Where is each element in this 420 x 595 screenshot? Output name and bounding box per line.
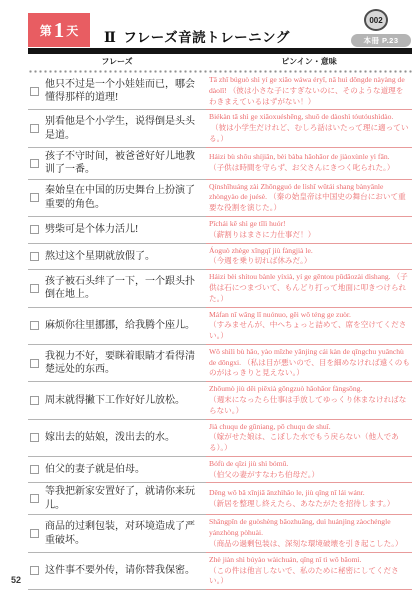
phrase-row: 这件事不要外传，请你替我保密。 Zhè jiàn shì búyào wàich… (28, 553, 412, 590)
day-suffix: 天 (66, 22, 78, 39)
checkbox[interactable] (30, 433, 39, 442)
phrase-text: 秦始皇在中国的历史舞台上扮演了重要的角色。 (45, 184, 203, 211)
phrase-row: 等我把新家安置好了，就请你来玩儿。 Děng wǒ bǎ xīnjiā ānzh… (28, 483, 412, 515)
day-prefix: 第 (40, 22, 52, 39)
pinyin-meaning-block: Pǐchái kě shì ge tǐlì huór!（薪割りはまさに力仕事だ！… (209, 219, 410, 241)
checkbox[interactable] (30, 252, 39, 261)
checkbox[interactable] (30, 225, 39, 234)
phrase-cell: 熬过这个星期就放假了。 (28, 244, 206, 271)
meaning-text: （彼は小さな子にすぎないのに、そのような道理をわきまえているはずがない！） (209, 86, 403, 106)
workbook-page: 第 1 天 Ⅱフレーズ音読トレーニング 002 本冊 P.23 フレーズ ピンイ… (0, 0, 420, 595)
checkbox[interactable] (30, 359, 39, 368)
phrase-cell: 伯父的妻子就是伯母。 (28, 457, 206, 484)
pinyin-meaning-cell: Jià chuqu de gūniang, pō chuqu de shuǐ.（… (206, 420, 412, 457)
phrase-text: 等我把新家安置好了，就请你来玩儿。 (45, 485, 203, 512)
phrase-cell: 孩子被石头绊了一下，一个跟头扑倒在地上。 (28, 270, 206, 307)
phrase-cell: 我视力不好，要眯着眼睛才看得清楚远处的东西。 (28, 345, 206, 382)
phrase-text: 麻烦你往里挪挪，给我腾个座儿。 (45, 319, 195, 333)
phrase-text: 熬过这个星期就放假了。 (45, 250, 155, 264)
pinyin-text: Máfan nǐ wǎng lǐ nuónuo, gěi wǒ téng ge … (209, 310, 351, 319)
section-title: Ⅱフレーズ音読トレーニング (104, 26, 290, 47)
checkbox[interactable] (30, 529, 39, 538)
phrase-row: 伯父的妻子就是伯母。 Bófù de qīzi jiù shì bómǔ.（伯父… (28, 457, 412, 484)
checkbox[interactable] (30, 494, 39, 503)
pinyin-meaning-cell: Tā zhǐ búguò shì yí ge xiǎo wáwa éryǐ, n… (206, 73, 412, 110)
pinyin-meaning-block: Jià chuqu de gūniang, pō chuqu de shuǐ.（… (209, 422, 410, 454)
phrase-text: 伯父的妻子就是伯母。 (45, 463, 145, 477)
checkbox[interactable] (30, 284, 39, 293)
phrase-cell: 等我把新家安置好了，就请你来玩儿。 (28, 483, 206, 515)
pinyin-meaning-block: Máfan nǐ wǎng lǐ nuónuo, gěi wǒ téng ge … (209, 310, 410, 342)
meaning-text: （子供は時間を守らず、お父さんにきつく叱られた。） (209, 163, 394, 172)
phrase-text: 这件事不要外传，请你替我保密。 (45, 564, 195, 578)
pinyin-meaning-cell: Děng wǒ bǎ xīnjiā ānzhìhǎo le, jiù qǐng … (206, 483, 412, 515)
phrase-row: 周末就得撇下工作好好儿放松。 Zhōumò jiù děi piēxià gōn… (28, 382, 412, 419)
pinyin-meaning-block: Zhōumò jiù děi piēxià gōngzuò hǎohāor fà… (209, 384, 410, 416)
book-reference-badge: 本冊 P.23 (351, 34, 411, 47)
pinyin-text: Háizi bèi shítou bànle yíxià, yí ge gēnt… (209, 272, 391, 281)
meaning-text: （彼は小学生だけれど、むしろ話はいたって理に適っている。） (209, 123, 408, 143)
pinyin-text: Áoguò zhège xīngqī jiù fàngjià le. (209, 246, 313, 255)
pinyin-meaning-cell: Zhè jiàn shì búyào wàichuán, qǐng nǐ tì … (206, 553, 412, 590)
phrase-row: 麻烦你往里挪挪，给我腾个座儿。 Máfan nǐ wǎng lǐ nuónuo,… (28, 308, 412, 345)
checkbox[interactable] (30, 321, 39, 330)
pinyin-meaning-block: Zhè jiàn shì búyào wàichuán, qǐng nǐ tì … (209, 555, 410, 587)
pinyin-meaning-cell: Shāngpǐn de guòshèng bāozhuāng, duì huán… (206, 515, 412, 552)
pinyin-meaning-block: Wǒ shìlì bù hǎo, yào mīzhe yǎnjing cái k… (209, 347, 410, 379)
pinyin-meaning-cell: Zhōumò jiù děi piēxià gōngzuò hǎohāor fà… (206, 382, 412, 419)
pinyin-text: Zhōumò jiù děi piēxià gōngzuò hǎohāor fà… (209, 384, 362, 393)
phrase-row: 孩子不守时间，被爸爸好好儿地教训了一番。 Háizi bù shǒu shíji… (28, 148, 412, 180)
phrase-text: 孩子被石头绊了一下，一个跟头扑倒在地上。 (45, 275, 203, 302)
meaning-text: （伯父の妻がすなわち伯母だ。） (209, 470, 319, 479)
phrase-cell: 秦始皇在中国的历史舞台上扮演了重要的角色。 (28, 180, 206, 217)
pinyin-meaning-cell: Bófù de qīzi jiù shì bómǔ.（伯父の妻がすなわち伯母だ。… (206, 457, 412, 484)
phrase-text: 别看他是个小学生，说得倒是头头是道。 (45, 115, 203, 142)
pinyin-text: Bófù de qīzi jiù shì bómǔ. (209, 459, 288, 468)
pinyin-meaning-block: Biékàn tā shì ge xiǎoxuéshēng, shuō de d… (209, 112, 410, 144)
phrase-row: 别看他是个小学生，说得倒是头头是道。 Biékàn tā shì ge xiǎo… (28, 110, 412, 147)
pinyin-text: Shāngpǐn de guòshèng bāozhuāng, duì huán… (209, 517, 391, 537)
day-label-box: 第 1 天 (28, 13, 90, 47)
phrase-text: 周末就得撇下工作好好儿放松。 (45, 394, 185, 408)
phrase-cell: 麻烦你往里挪挪，给我腾个座儿。 (28, 308, 206, 345)
phrase-table: フレーズ ピンイン・意味 他只不过是一个小娃娃而已，哪会懂得那样的道理! Tā … (28, 56, 412, 590)
phrase-row: 商品的过剩包装，对环境造成了严重破坏。 Shāngpǐn de guòshèng… (28, 515, 412, 552)
meaning-text: （週末になったら仕事は手放してゆっくり休まなければならない。） (209, 395, 406, 415)
page-number: 52 (11, 575, 21, 585)
pinyin-meaning-block: Háizi bù shǒu shíjiān, bèi bàba hǎohāor … (209, 152, 410, 174)
pinyin-meaning-block: Shāngpǐn de guòshèng bāozhuāng, duì huán… (209, 517, 410, 549)
checkbox[interactable] (30, 465, 39, 474)
phrase-row: 他只不过是一个小娃娃而已，哪会懂得那样的道理! Tā zhǐ búguò shì… (28, 73, 412, 110)
meaning-text: （新居を整理し終えたら、あなたがたを招待します。） (209, 499, 394, 508)
book-reference-text: 本冊 P.23 (363, 35, 398, 46)
audio-track-number: 002 (369, 16, 382, 25)
phrase-cell: 周末就得撇下工作好好儿放松。 (28, 382, 206, 419)
phrase-cell: 嫁出去的姑娘，泼出去的水。 (28, 420, 206, 457)
pinyin-meaning-cell: Háizi bèi shítou bànle yíxià, yí ge gēnt… (206, 270, 412, 307)
phrase-cell: 劈柴可是个体力活儿! (28, 217, 206, 244)
section-numeral: Ⅱ (104, 31, 116, 46)
column-headers: フレーズ ピンイン・意味 (28, 56, 412, 69)
section-title-text: フレーズ音読トレーニング (123, 30, 290, 45)
checkbox[interactable] (30, 124, 39, 133)
phrase-text: 我视力不好，要眯着眼睛才看得清楚远处的东西。 (45, 350, 203, 377)
phrase-row: 熬过这个星期就放假了。 Áoguò zhège xīngqī jiù fàngj… (28, 244, 412, 271)
phrase-row: 孩子被石头绊了一下，一个跟头扑倒在地上。 Háizi bèi shítou bà… (28, 270, 412, 307)
pinyin-meaning-cell: Áoguò zhège xīngqī jiù fàngjià le.（今週を乗り… (206, 244, 412, 271)
phrase-row: 嫁出去的姑娘，泼出去的水。 Jià chuqu de gūniang, pō c… (28, 420, 412, 457)
meaning-text: （商品の過剰包装は、深刻な環境破壊を引き起こした。） (209, 539, 403, 548)
meaning-text: （すみませんが、中へちょっと詰めて、席を空けてください。） (209, 320, 406, 340)
pinyin-text: Zhè jiàn shì búyào wàichuán, qǐng nǐ tì … (209, 555, 361, 564)
pinyin-text: Biékàn tā shì ge xiǎoxuéshēng, shuō de d… (209, 112, 393, 121)
checkbox[interactable] (30, 87, 39, 96)
pinyin-text: Jià chuqu de gūniang, pō chuqu de shuǐ. (209, 422, 331, 431)
header-divider-bar (28, 48, 412, 54)
meaning-text: （薪割りはまさに力仕事だ！） (209, 230, 315, 239)
pinyin-text: Pǐchái kě shì ge tǐlì huór! (209, 219, 286, 228)
phrase-cell: 这件事不要外传，请你替我保密。 (28, 553, 206, 590)
pinyin-meaning-cell: Wǒ shìlì bù hǎo, yào mīzhe yǎnjing cái k… (206, 345, 412, 382)
pinyin-meaning-block: Háizi bèi shítou bànle yíxià, yí ge gēnt… (209, 272, 410, 304)
phrase-row: 秦始皇在中国的历史舞台上扮演了重要的角色。 Qínshǐhuáng zài Zh… (28, 180, 412, 217)
pinyin-text: Háizi bù shǒu shíjiān, bèi bàba hǎohāor … (209, 152, 390, 161)
meaning-text: （嫁がせた娘は、こぼした水でもう戻らない（他人である）。） (209, 432, 399, 452)
phrase-cell: 孩子不守时间，被爸爸好好儿地教训了一番。 (28, 148, 206, 180)
pinyin-meaning-block: Qínshǐhuáng zài Zhōngguó de lìshǐ wǔtái … (209, 182, 410, 214)
checkbox[interactable] (30, 566, 39, 575)
checkbox[interactable] (30, 193, 39, 202)
checkbox[interactable] (30, 159, 39, 168)
phrase-cell: 他只不过是一个小娃娃而已，哪会懂得那样的道理! (28, 73, 206, 110)
phrase-rows: 他只不过是一个小娃娃而已，哪会懂得那样的道理! Tā zhǐ búguò shì… (28, 73, 412, 590)
day-number: 1 (54, 18, 65, 43)
phrase-text: 商品的过剩包装，对环境造成了严重破坏。 (45, 520, 203, 547)
pinyin-meaning-block: Bófù de qīzi jiù shì bómǔ.（伯父の妻がすなわち伯母だ。… (209, 459, 410, 481)
column-header-phrase: フレーズ (28, 56, 206, 69)
meaning-text: （今週を乗り切れば休みだ。） (209, 256, 312, 265)
phrase-text: 嫁出去的姑娘，泼出去的水。 (45, 431, 175, 445)
phrase-row: 我视力不好，要眯着眼睛才看得清楚远处的东西。 Wǒ shìlì bù hǎo, … (28, 345, 412, 382)
phrase-cell: 别看他是个小学生，说得倒是头头是道。 (28, 110, 206, 147)
column-header-pinyin-meaning: ピンイン・意味 (206, 56, 412, 69)
pinyin-text: Děng wǒ bǎ xīnjiā ānzhìhǎo le, jiù qǐng … (209, 488, 365, 497)
pinyin-meaning-cell: Qínshǐhuáng zài Zhōngguó de lìshǐ wǔtái … (206, 180, 412, 217)
phrase-text: 他只不过是一个小娃娃而已，哪会懂得那样的道理! (45, 78, 203, 105)
pinyin-meaning-block: Áoguò zhège xīngqī jiù fàngjià le.（今週を乗り… (209, 246, 410, 268)
checkbox[interactable] (30, 396, 39, 405)
phrase-text: 孩子不守时间，被爸爸好好儿地教训了一番。 (45, 150, 203, 177)
phrase-cell: 商品的过剩包装，对环境造成了严重破坏。 (28, 515, 206, 552)
phrase-text: 劈柴可是个体力活儿! (45, 223, 138, 237)
pinyin-meaning-cell: Máfan nǐ wǎng lǐ nuónuo, gěi wǒ téng ge … (206, 308, 412, 345)
audio-track-badge: 002 (364, 9, 388, 31)
pinyin-meaning-block: Děng wǒ bǎ xīnjiā ānzhìhǎo le, jiù qǐng … (209, 488, 410, 510)
pinyin-meaning-cell: Biékàn tā shì ge xiǎoxuéshēng, shuō de d… (206, 110, 412, 147)
pinyin-meaning-cell: Pǐchái kě shì ge tǐlì huór!（薪割りはまさに力仕事だ！… (206, 217, 412, 244)
meaning-text: （この件は他言しないで、私のために秘密にしてください。） (209, 566, 399, 586)
phrase-row: 劈柴可是个体力活儿! Pǐchái kě shì ge tǐlì huór!（薪… (28, 217, 412, 244)
pinyin-meaning-block: Tā zhǐ búguò shì yí ge xiǎo wáwa éryǐ, n… (209, 75, 410, 107)
pinyin-meaning-cell: Háizi bù shǒu shíjiān, bèi bàba hǎohāor … (206, 148, 412, 180)
